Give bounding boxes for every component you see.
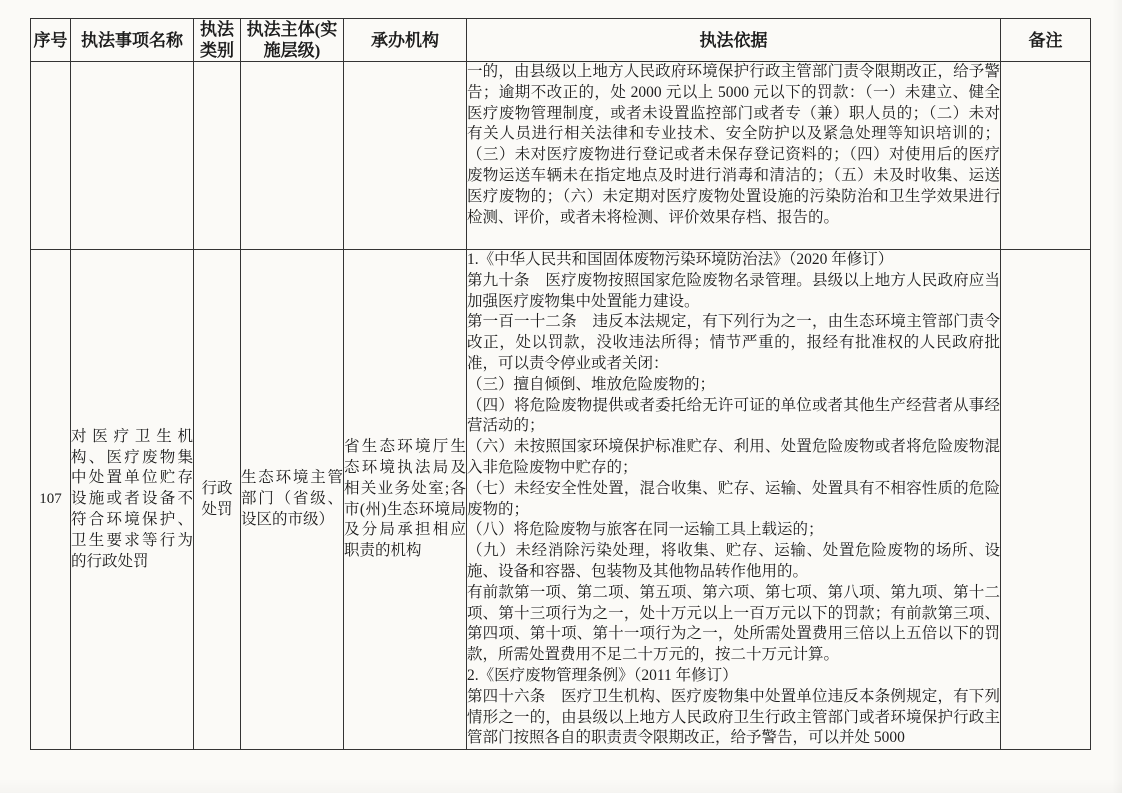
cell-organ <box>344 62 467 250</box>
document-page: 序号 执法事项名称 执法类别 执法主体(实施层级) 承办机构 执法依据 备注 一… <box>30 18 1090 750</box>
cell-basis: 1.《中华人民共和国固体废物污染环境防治法》（2020 年修订） 第九十条 医疗… <box>467 250 1001 750</box>
col-header-basis: 执法依据 <box>467 19 1001 62</box>
col-header-organ: 承办机构 <box>344 19 467 62</box>
cell-category: 行政处罚 <box>194 250 241 750</box>
table-row-107: 107 对医疗卫生机构、医疗废物集中处置单位贮存设施或者设备不符合环境保护、卫生… <box>31 250 1091 750</box>
col-header-matter-name: 执法事项名称 <box>71 19 194 62</box>
col-header-subject: 执法主体(实施层级) <box>241 19 344 62</box>
table-row-continuation: 一的，由县级以上地方人民政府环境保护行政主管部门责令限期改正，给予警告；逾期不改… <box>31 62 1091 250</box>
enforcement-matters-table: 序号 执法事项名称 执法类别 执法主体(实施层级) 承办机构 执法依据 备注 一… <box>30 18 1091 750</box>
cell-basis: 一的，由县级以上地方人民政府环境保护行政主管部门责令限期改正，给予警告；逾期不改… <box>467 62 1001 250</box>
cell-subject <box>241 62 344 250</box>
table-header-row: 序号 执法事项名称 执法类别 执法主体(实施层级) 承办机构 执法依据 备注 <box>31 19 1091 62</box>
cell-matter-name <box>71 62 194 250</box>
cell-seq: 107 <box>31 250 71 750</box>
cell-note <box>1001 62 1091 250</box>
cell-matter-name: 对医疗卫生机构、医疗废物集中处置单位贮存设施或者设备不符合环境保护、卫生要求等行… <box>71 250 194 750</box>
cell-subject: 生态环境主管部门（省级、设区的市级） <box>241 250 344 750</box>
scan-edge-shadow-bottom <box>0 779 1122 793</box>
col-header-category: 执法类别 <box>194 19 241 62</box>
col-header-note: 备注 <box>1001 19 1091 62</box>
cell-seq <box>31 62 71 250</box>
cell-organ: 省生态环境厅生态环境执法局及相关业务处室;各市(州)生态环境局及分局承担相应职责… <box>344 250 467 750</box>
cell-category <box>194 62 241 250</box>
scan-edge-shadow-right <box>1112 0 1122 793</box>
col-header-seq: 序号 <box>31 19 71 62</box>
cell-note <box>1001 250 1091 750</box>
